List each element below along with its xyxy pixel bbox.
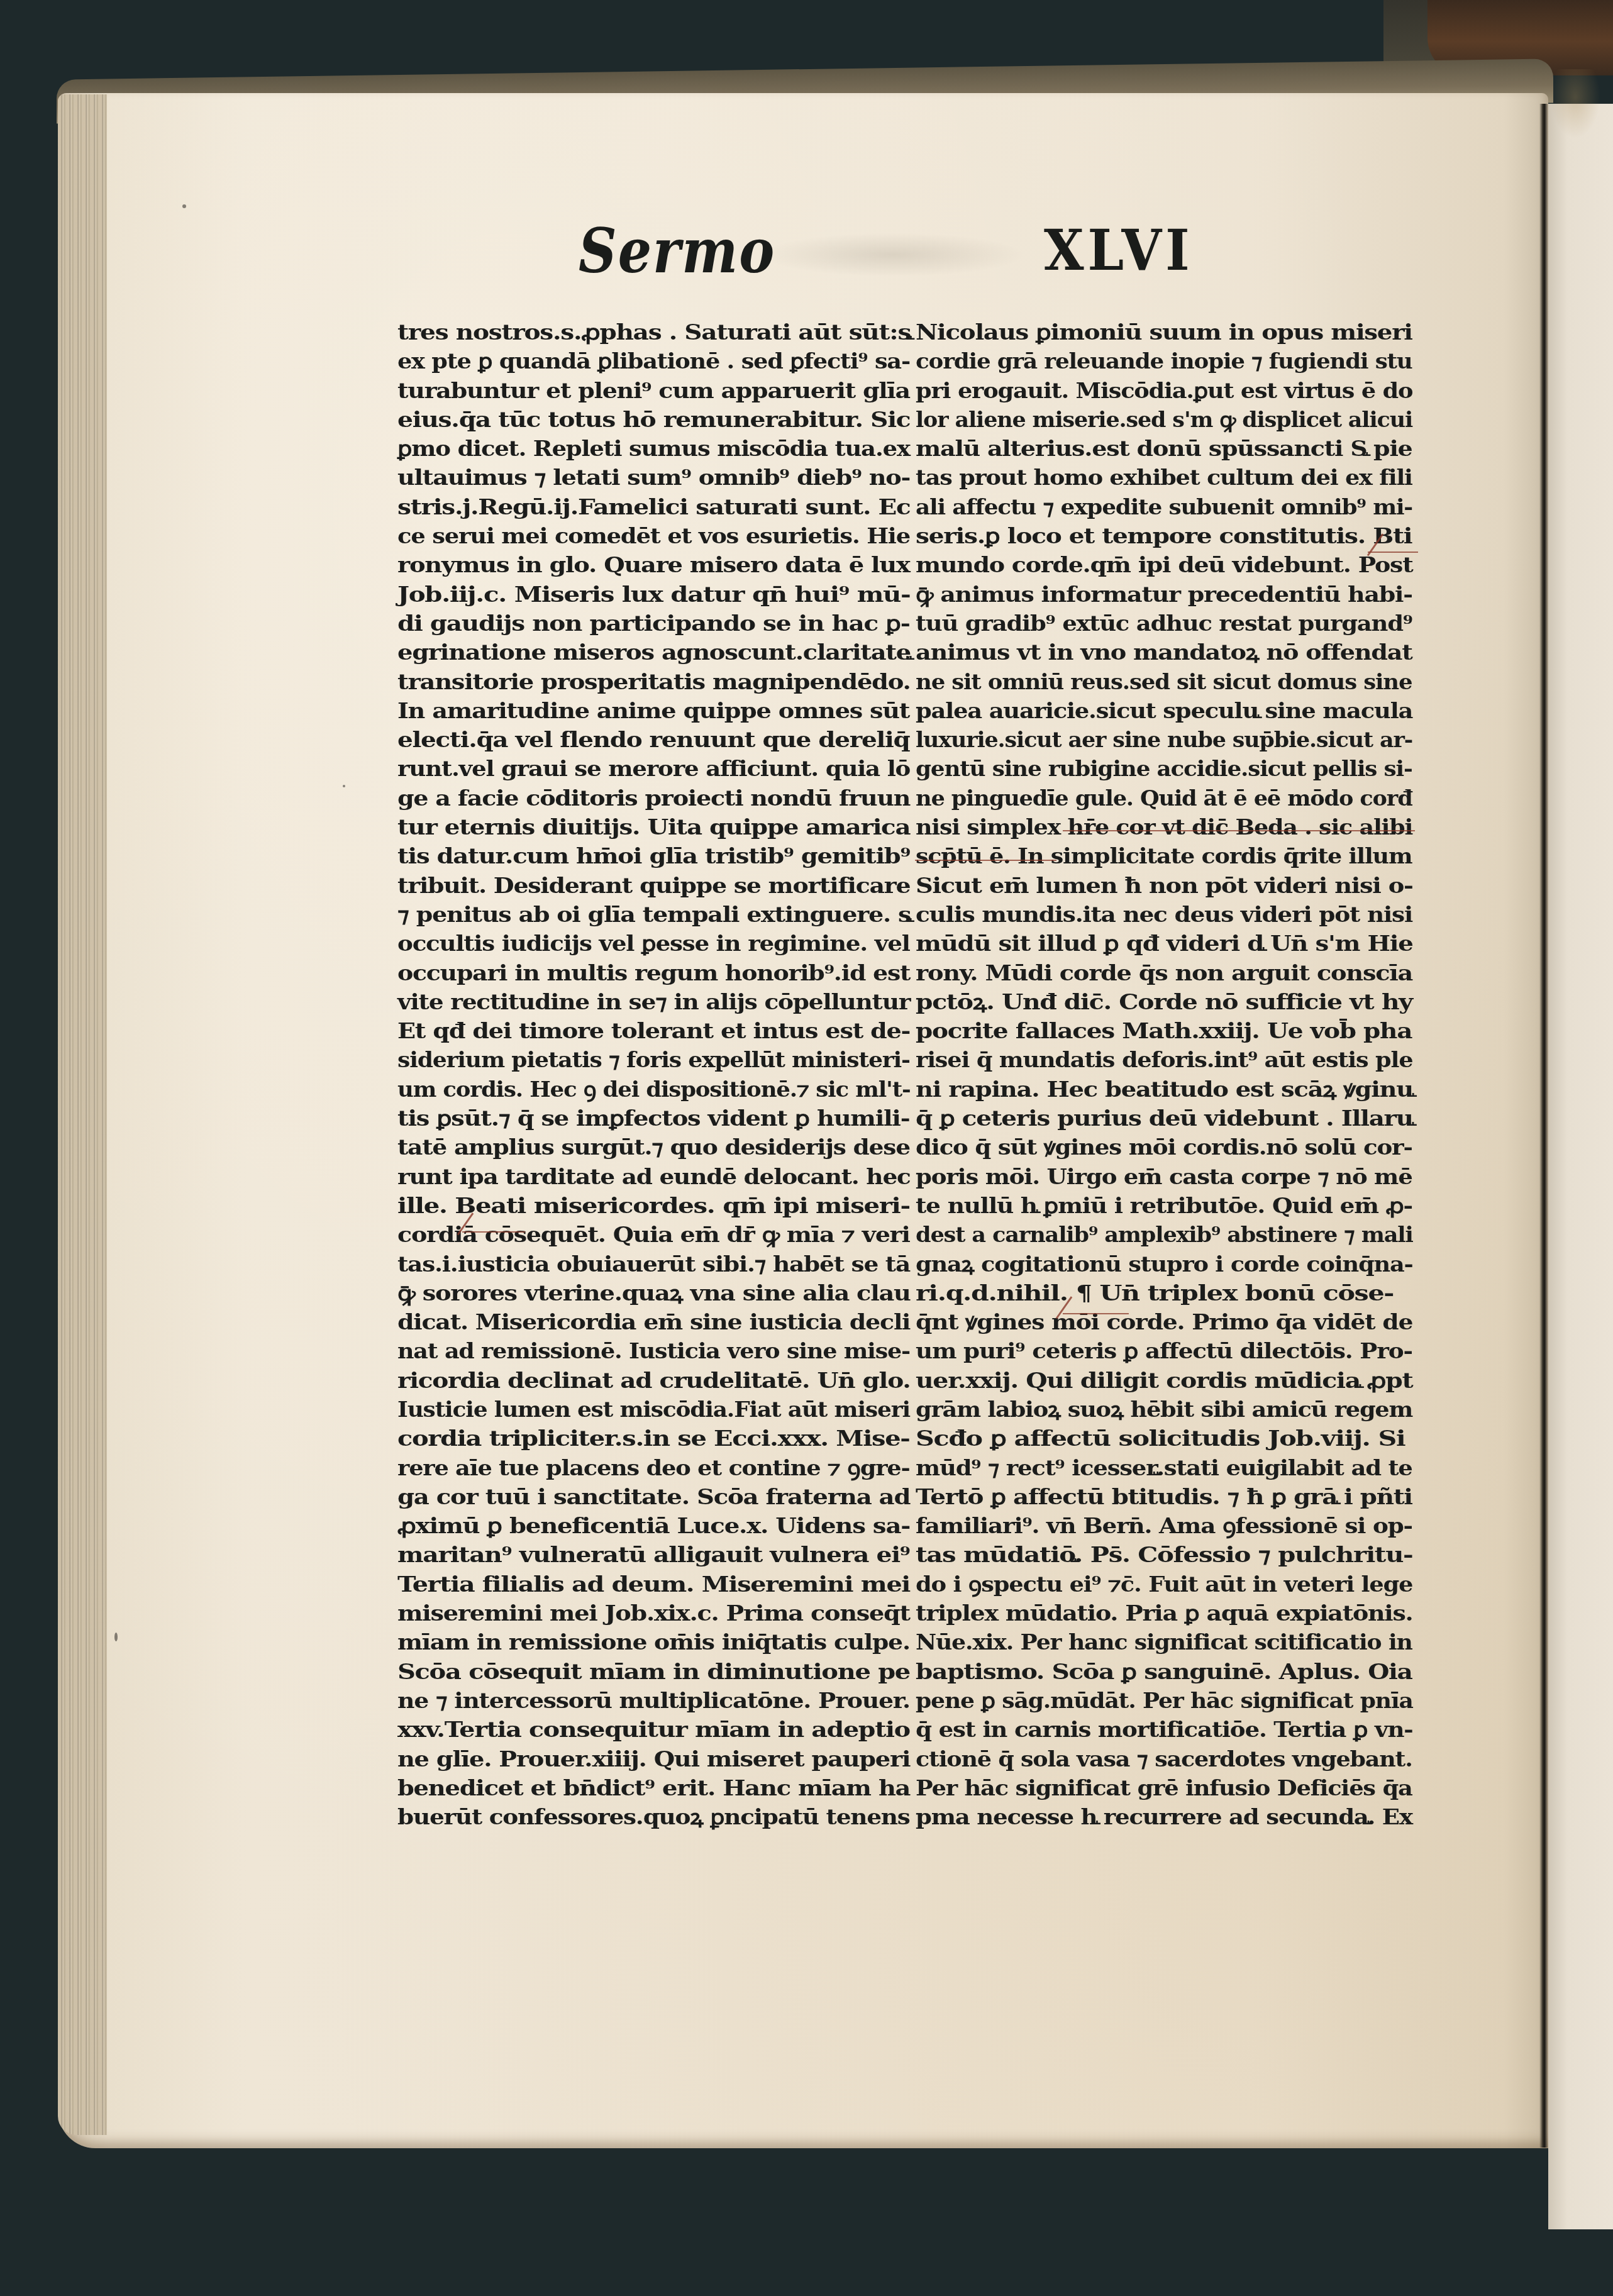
text-line: mūd⁹ ⁊ rect⁹ icesser꜡.stati euigilabit a… (916, 1454, 1473, 1483)
text-line: gnaꝝ cogitationū stupro i corde coinq̄na… (916, 1250, 1468, 1279)
text-line: um puri⁹ ceteris ꝑ affectū dilectōis. Pr… (916, 1337, 1478, 1366)
paper-speck (114, 1633, 118, 1641)
text-line: electi.q̄a vel flendo renuunt que dereli… (397, 726, 1003, 755)
running-head-title: Sermo (579, 216, 775, 287)
text-line: rony. Mūdi corde q̄s non arguit conscīa (916, 959, 1492, 988)
text-line: q̄ est in carnis mortificatiōe. Tertia ꝑ… (916, 1716, 1477, 1744)
text-line: occultis iudicijs vel ꝑesse in regimine.… (397, 929, 977, 958)
text-line: Scđo ꝑ affectū solicitudis Job.viij. Si (916, 1424, 1537, 1453)
text-line: tis ꝑsūt.⁊ q̄ se imꝑfectos vident ꝑ humi… (397, 1104, 994, 1133)
text-line: egrinatione miseros agnoscunt.claritate꜡ (397, 638, 995, 667)
running-head-number: XLVI (1044, 217, 1194, 284)
text-line: In amaritudine anime quippe omnes sūt (397, 697, 992, 726)
rubric-underline-un-triplex (1063, 1313, 1129, 1314)
text-line: gentū sine rubigine accidie.sicut pellis… (916, 755, 1455, 784)
text-line: occupari in multis regum honorib⁹.id est (397, 959, 986, 988)
facing-page-edge (1548, 104, 1613, 2229)
page-fore-edge-stack (58, 94, 107, 2135)
text-line: stris.j.Regū.ij.Famelici saturati sunt. … (397, 493, 1004, 522)
text-line: tuū gradib⁹ extūc adhuc restat purgand⁹ (916, 609, 1473, 638)
text-line: ne ⁊ intercessorū multiplicatōne. Prouer… (397, 1687, 984, 1716)
rubric-underline-beati (462, 1231, 525, 1233)
text-line: rere aīe tue placens deo et contine ⁊ ꝯg… (397, 1454, 968, 1483)
text-line: mundo corde.qm̄ ipi deū videbunt. Post (916, 551, 1487, 580)
gutter-fold (1539, 104, 1548, 2148)
text-line: pma necesse h꜡ recurrere ad secunda꜡. Ex (916, 1803, 1475, 1832)
text-line: cordie grā releuande inopie ⁊ fugiendi s… (916, 347, 1453, 376)
rubric-underline-quid (1063, 830, 1415, 831)
text-line: pctōꝝ. Unđ dic̄. Corde nō sufficie vt hy (916, 988, 1508, 1017)
text-column-left: tres nostros.s.ꝓphas . Saturati aūt sūt:… (397, 318, 910, 1832)
text-line: lor aliene miserie.sed s'm ꝙ displicet a… (916, 406, 1442, 435)
text-line: risei q̄ mundatis deforis.int⁹ aūt estis… (916, 1046, 1468, 1075)
text-line: ne pinguedīe gule. Quid āt ē eē mōdo cor… (916, 784, 1445, 813)
text-line: di gaudijs non participando se in hac ꝑ- (397, 609, 1004, 638)
text-line: ne sit omniū reus.sed sit sicut domus si… (916, 668, 1450, 697)
text-line: do i ꝯspectu ei⁹ ⁊c̄. Fuit aūt in veteri… (916, 1570, 1470, 1599)
text-line: ricordia declinat ad crudelitatē. Un̄ gl… (397, 1367, 1004, 1395)
text-line: ri.q.d.nihil. ¶ Un̄ triplex bonū cōse- (916, 1279, 1537, 1308)
text-line: scp̄tū ē. In simplicitate cordis q̄rite … (916, 842, 1465, 871)
text-line: ge a facie cōditoris proiecti nondū fruu… (397, 784, 989, 813)
text-line: Per hāc significat grē infusio Deficiēs … (916, 1774, 1470, 1803)
text-line: pocrite fallaces Math.xxiij. Ue vob̄ pha (916, 1017, 1504, 1046)
text-line: ultauimus ⁊ letati sum⁹ omnib⁹ dieb⁹ no- (397, 463, 992, 492)
text-line: Nicolaus ꝑimoniū suum in opus miseri (916, 318, 1499, 347)
text-line: ⁊ penitus ab oi glīa tempali extinguere.… (397, 901, 989, 929)
text-line: luxurie.sicut aer sine nube sup̄bie.sicu… (916, 726, 1441, 755)
text-line: dicat. Misericordia em̄ sine iusticia de… (397, 1308, 987, 1337)
text-line: grām labioꝝ suoꝝ hēbit sibi amicū regem (916, 1395, 1468, 1424)
text-line: palea auaricie.sicut speculu꜡ sine macul… (916, 697, 1472, 726)
text-line: Tertō ꝑ affectū btitudis. ⁊ ħ ꝑ grā꜡ i p… (916, 1483, 1501, 1512)
text-line: turabuntur et pleni⁹ cum apparuerit glīa (397, 377, 987, 406)
text-line: ꝑmo dicet. Repleti sumus miscōdia tua.ex (397, 435, 973, 463)
text-line: tis datur.cum hm̄oi glīa tristib⁹ gemiti… (397, 842, 997, 871)
text-line: ex pte ꝑ quandā ꝑlibationē . sed ꝑfecti⁹… (397, 347, 967, 376)
text-line: runt ipa tarditate ad eundē delocant. he… (397, 1163, 980, 1192)
text-line: q̄nt ꝟgines mōi corde. Primo q̄a vidēt d… (916, 1308, 1483, 1337)
running-head: Sermo XLVI (0, 220, 1613, 289)
text-line: Iusticie lumen est miscōdia.Fiat aūt mis… (397, 1395, 956, 1424)
rubric-underline-nisi (915, 860, 1056, 861)
text-line: seris.ꝑ loco et tempore constitutis. Bti (916, 522, 1504, 551)
text-line: malū alterius.est donū spūssancti S꜡ pie (916, 435, 1488, 463)
text-line: buerūt confessores.quoꝝ ꝑncipatū tenens (397, 1803, 979, 1832)
text-line: tatē amplius surgūt.⁊ quo desiderijs des… (397, 1133, 982, 1162)
text-line: ce serui mei comedēt et vos esurietis. H… (397, 522, 972, 551)
text-line: Et qđ dei timore tolerant et intus est d… (397, 1017, 991, 1046)
text-line: tas prout homo exhibet cultum dei ex fil… (916, 463, 1467, 492)
text-line: Nūe.xix. Per hanc significat scitificati… (916, 1628, 1461, 1657)
text-line: ꝙ̄ animus informatur precedentiū habi- (916, 580, 1488, 609)
rubric-underline-bti (1368, 552, 1418, 553)
text-line: ne glīe. Prouer.xiiij. Qui miseret paupe… (397, 1745, 994, 1774)
text-line: runt.vel graui se merore afficiunt. quia… (397, 755, 975, 784)
text-line: nat ad remissionē. Iusticia vero sine mi… (397, 1337, 964, 1366)
text-line: ꝓximū ꝑ beneficentiā Luce.x. Uidens sa- (397, 1512, 999, 1541)
text-line: miseremini mei Job.xix.c. Prima conseq̄t (397, 1599, 992, 1628)
text-line: tres nostros.s.ꝓphas . Saturati aūt sūt:… (397, 318, 1006, 347)
paper-speck (182, 204, 186, 208)
paper-speck (343, 785, 345, 787)
text-column-right: Nicolaus ꝑimoniū suum in opus misericord… (916, 318, 1412, 1832)
text-line: familiari⁹. vn̄ Bern̄. Ama ꝯfessionē si … (916, 1512, 1478, 1541)
text-line: ali affectu ⁊ expedite subuenit omnib⁹ m… (916, 493, 1456, 522)
text-line: baptismo. Scōa ꝑ sanguinē. Aplus. Oia (916, 1658, 1506, 1687)
text-line: dest a carnalib⁹ amplexib⁹ abstinere ⁊ m… (916, 1221, 1444, 1250)
text-line: vite rectitudine in se⁊ in alijs cōpellu… (397, 988, 980, 1017)
text-line: tas mūdatiō꜡. Ps̄. Cōfessio ⁊ pulchritu- (916, 1541, 1522, 1570)
text-line: ronymus in glo. Quare misero data ē lux (397, 551, 994, 580)
text-line: dico q̄ sūt ꝟgines mōi cordis.nō solū co… (916, 1133, 1475, 1162)
text-line: um cordis. Hec ꝯ dei dispositionē.⁊ sic … (397, 1075, 950, 1104)
text-line: mūdū sit illud ꝑ qđ videri d꜡ Un̄ s'm Hi… (916, 929, 1499, 958)
text-line: cordiā cōsequēt. Quia em̄ dr̄ ꝙ mīa ⁊ ve… (397, 1221, 989, 1250)
facing-page-stain (1550, 69, 1600, 138)
text-line: mīam in remissione om̄is iniq̄tatis culp… (397, 1628, 984, 1657)
text-line: q̄ ꝑ ceteris purius deū videbunt . Illar… (916, 1104, 1501, 1133)
text-line: nisi simplex hr̄e cor vt dic̄ Beda . sic… (916, 813, 1465, 842)
text-line: ni rapina. Hec beatitudo est scāꝝ ꝟginu꜡ (916, 1075, 1495, 1104)
text-line: siderium pietatis ⁊ foris expellūt minis… (397, 1046, 958, 1075)
text-line: uer.xxij. Qui diligit cordis mūdicia꜡ ꝓp… (916, 1367, 1509, 1395)
text-line: poris mōi. Uirgo em̄ casta corpe ⁊ nō mē (916, 1163, 1475, 1192)
text-line: tas.i.iusticia obuiauerūt sibi.⁊ habēt s… (397, 1250, 980, 1279)
text-line: benedicet et bn̄dict⁹ erit. Hanc mīam ha (397, 1774, 995, 1803)
text-line: triplex mūdatio. Pria ꝑ aquā expiatōnis. (916, 1599, 1487, 1628)
text-line: animus vt in vno mandatoꝝ nō offendat (916, 638, 1491, 667)
text-line: tribuit. Desiderant quippe se mortificar… (397, 872, 986, 901)
text-line: pri erogauit. Miscōdia.ꝑut est virtus ē … (916, 377, 1468, 406)
text-line: culis mundis.ita nec deus videri pōt nis… (916, 901, 1480, 929)
text-line: transitorie prosperitatis magnipendēdo. (397, 668, 995, 697)
text-line: ctionē q̄ sola vasa ⁊ sacerdotes vngeban… (916, 1745, 1465, 1774)
text-line: ꝙ̄ sorores vterine.quaꝝ vna sine alia cl… (397, 1279, 994, 1308)
text-line: Sicut em̄ lumen ħ non pōt videri nisi o- (916, 872, 1493, 901)
text-line: pene ꝑ sāg.mūdāt. Per hāc significat pnī… (916, 1687, 1460, 1716)
text-line: tur eternis diuitijs. Uita quippe amaric… (397, 813, 999, 842)
text-line: ga cor tuū i sanctitate. Scōa fraterna a… (397, 1483, 999, 1512)
text-line: te nullū h꜡ ꝑmiū i retributōe. Quid em̄ … (916, 1192, 1482, 1221)
